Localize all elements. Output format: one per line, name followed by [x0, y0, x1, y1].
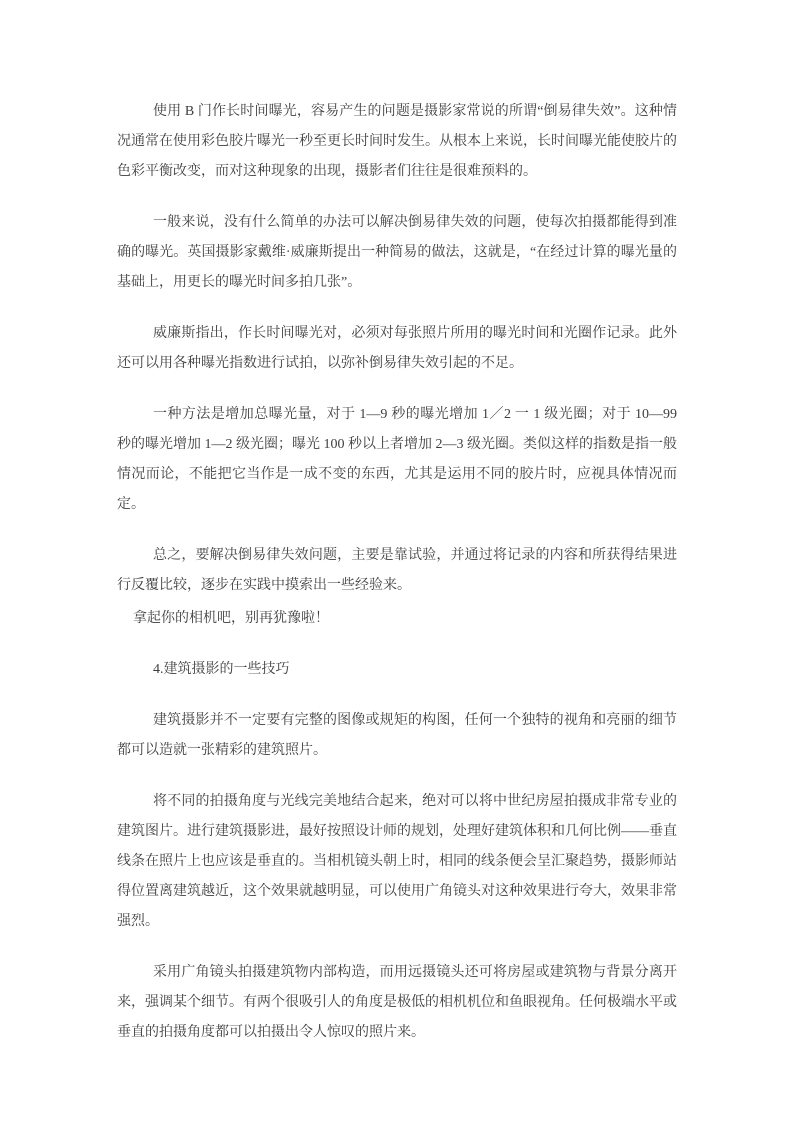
paragraph-lens-choices: 采用广角镜头拍摄建筑物内部构造，而用远摄镜头还可将房屋或建筑物与背景分离开来，强… [117, 958, 677, 1048]
paragraph-architecture-intro: 建筑摄影并不一定要有完整的图像或规矩的构图，任何一个独特的视角和亮丽的细节都可以… [117, 706, 677, 766]
paragraph-williams-advice: 威廉斯指出，作长时间曝光对，必须对每张照片所用的曝光时间和光圈作记录。此外还可以… [117, 319, 677, 379]
paragraph-no-simple-solution: 一般来说，没有什么简单的办法可以解决倒易律失效的问题，使每次拍摄都能得到准确的曝… [117, 208, 677, 298]
document-page: 使用 B 门作长时间曝光，容易产生的问题是摄影家常说的所谓“倒易律失效”。这种情… [0, 0, 793, 1122]
paragraph-conclusion: 总之，要解决倒易律失效问题，主要是靠试验，并通过将记录的内容和所获得结果进行反覆… [117, 541, 677, 601]
paragraph-exposure-compensation: 一种方法是增加总曝光量，对于 1—9 秒的曝光增加 1／2 一 1 级光圈；对于… [117, 400, 677, 520]
section-heading-architecture-tips: 4.建筑摄影的一些技巧 [117, 655, 677, 685]
document-content: 使用 B 门作长时间曝光，容易产生的问题是摄影家常说的所谓“倒易律失效”。这种情… [117, 97, 677, 1069]
catchline-take-your-camera: 拿起你的相机吧，别再犹豫啦！ [117, 604, 677, 634]
paragraph-reciprocity-intro: 使用 B 门作长时间曝光，容易产生的问题是摄影家常说的所谓“倒易律失效”。这种情… [117, 97, 677, 187]
paragraph-angles-and-light: 将不同的拍摄角度与光线完美地结合起来，绝对可以将中世纪房屋拍摄成非常专业的建筑图… [117, 787, 677, 937]
